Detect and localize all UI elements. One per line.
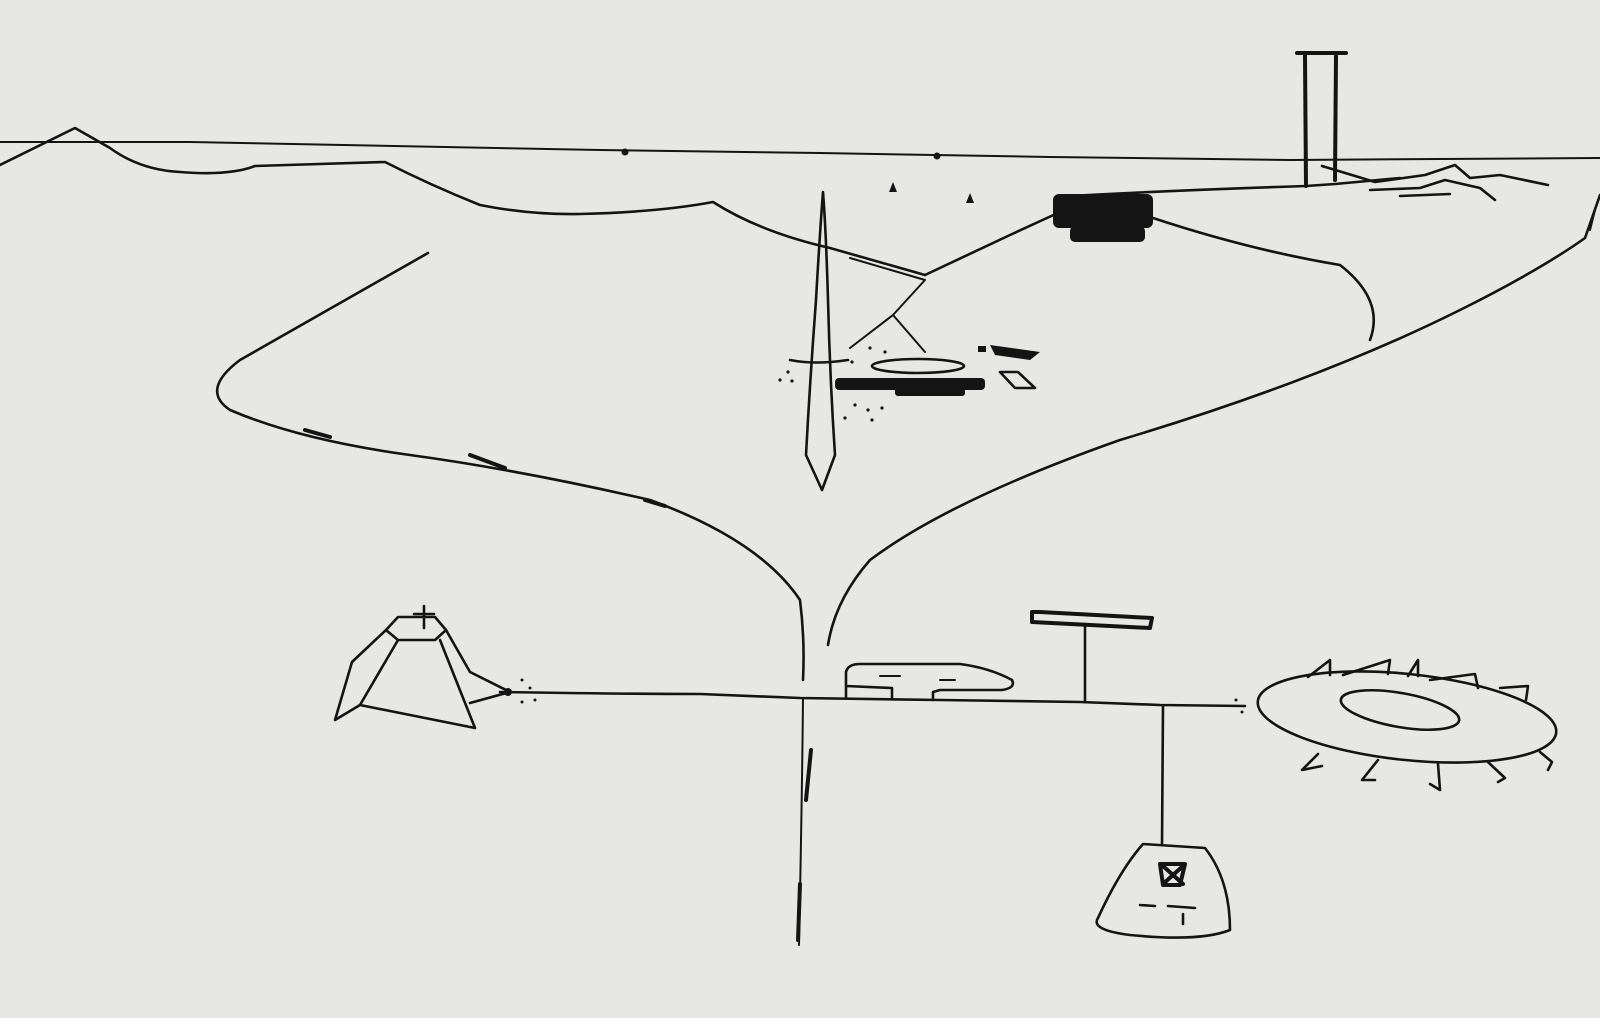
horizon-marker-2: [934, 153, 941, 160]
horizon-marker-1: [622, 149, 629, 156]
ink-sketch-canvas: [0, 0, 1600, 1018]
